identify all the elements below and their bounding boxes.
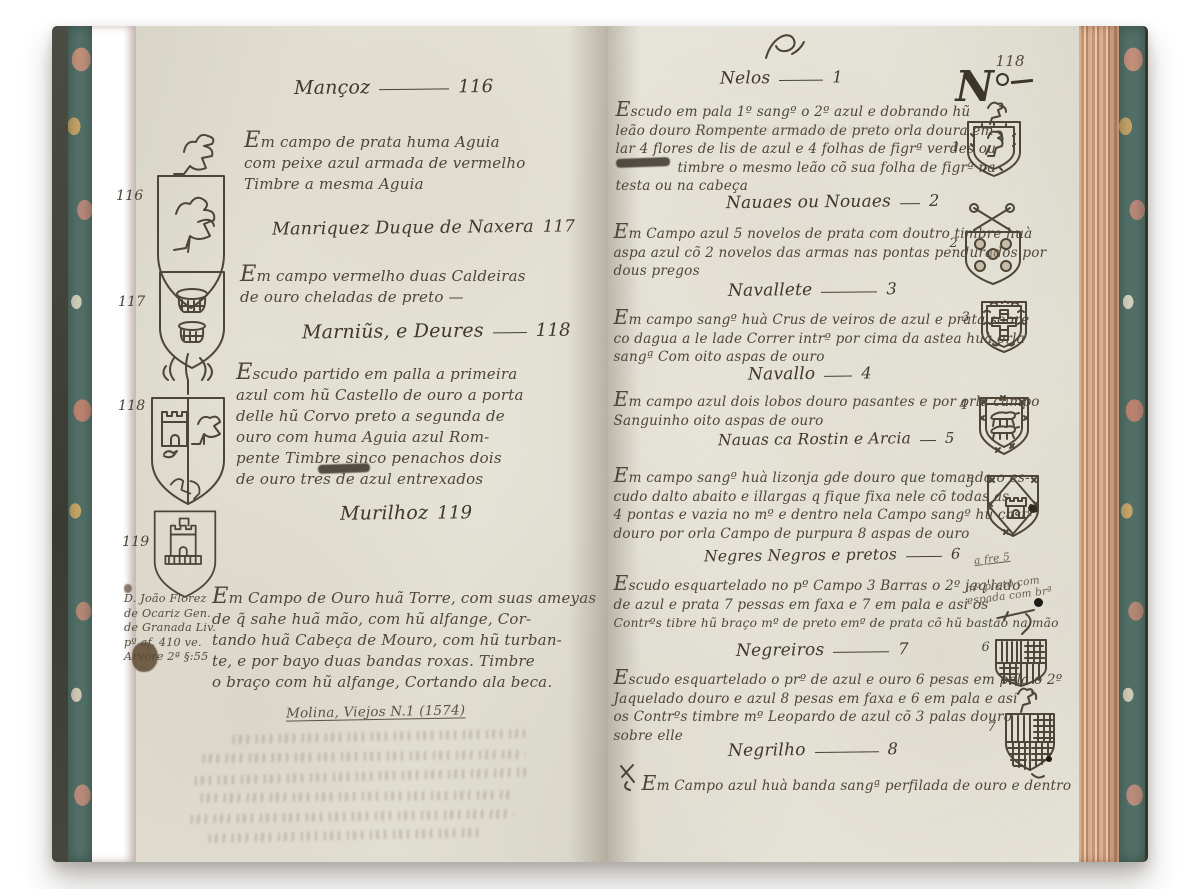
marbled-cover-right <box>1119 26 1148 862</box>
right-page-heading: Nelos 1 <box>719 67 842 88</box>
heading-flourish-dash <box>833 651 889 653</box>
heading-text: Marniũs, e Deures <box>302 320 484 344</box>
manuscript-line: co dagua a le lade Correr intrº por cima… <box>614 330 1030 349</box>
family-heading-119: Murilhoz 119 <box>340 501 472 524</box>
ink-strikethrough <box>615 157 669 168</box>
shield-number: 4 <box>960 398 968 413</box>
heading-text: Nauaes ou Nouaes <box>725 191 890 213</box>
ink-blot <box>132 642 158 672</box>
shield-number: 117 <box>118 294 145 310</box>
heading-text: Nauas ca Rostin e Arcia <box>717 429 910 449</box>
manuscript-line: com peixe azul armada de vermelho <box>244 153 525 174</box>
heading-text: Murilhoz <box>340 502 428 525</box>
heading-number: 7 <box>898 639 909 658</box>
blazon-text-118: Escudo partido em palla a primeira azul … <box>236 362 524 490</box>
shield-drawing-6-quartered-arm <box>990 602 1052 688</box>
heading-number: 119 <box>437 502 472 523</box>
manuscript-line: Em Campo de Ouro huã Torre, com suas ame… <box>212 586 596 609</box>
manuscript-line: Escudo em pala 1º sangº o 2º azul e dobr… <box>616 100 997 122</box>
manuscript-line: de q̃ sahe huã mão, com hũ alfange, Cor- <box>212 609 596 630</box>
left-page-heading: Mançoz 116 <box>294 75 494 99</box>
ink-flourish <box>758 30 808 64</box>
show-through-text <box>194 790 514 802</box>
shield-number: 2 <box>950 236 958 251</box>
book-cover-edge-left <box>52 26 68 862</box>
manuscript-line: pente Timbre sinco penachos dois <box>236 448 524 469</box>
heading-flourish-dash <box>824 375 852 376</box>
margin-note-shield5: a fre 5 <box>973 551 1010 567</box>
shield-drawing-1-lion <box>960 96 1028 180</box>
heading-flourish-dash <box>493 332 527 333</box>
shield-number: 1 <box>952 140 960 155</box>
blazon-text-1: Escudo em pala 1º sangº o 2º azul e dobr… <box>616 100 997 196</box>
index-letter-flourish <box>1011 79 1033 84</box>
margin-note-line: de Granada Liv. <box>124 621 216 636</box>
shield-drawing-5-lozenge-castle <box>980 468 1046 542</box>
manuscript-book: Mançoz 116 Em campo de prata huma Aguia … <box>52 26 1148 862</box>
manuscript-line: azul com hũ Castello de ouro a porta <box>236 385 524 406</box>
manuscript-line: de ouro tres de azul entrexados <box>236 469 524 490</box>
ink-blot <box>124 584 132 593</box>
shield-drawing-7-checky <box>998 682 1060 782</box>
shield-number: 119 <box>122 534 149 550</box>
shield-number: 3 <box>962 310 970 325</box>
manuscript-line: Timbre a mesma Aguia <box>244 174 525 195</box>
shield-number: 6 <box>982 640 990 655</box>
ink-spot <box>1046 756 1052 762</box>
right-page: 118 N Nelos 1 Escudo em pala 1º sangº o … <box>608 26 1080 862</box>
family-heading-118: Marniũs, e Deures 118 <box>302 319 571 344</box>
manuscript-line: timbre o mesmo leão cõ sua folha de figr… <box>616 159 997 178</box>
heading-flourish-dash <box>814 751 878 753</box>
blazon-text-117: Em campo vermelho duas Caldeiras de ouro… <box>240 264 526 308</box>
show-through-text <box>196 750 526 764</box>
shield-drawing-4-wolves <box>974 392 1034 458</box>
manuscript-line: Em campo de prata huma Aguia <box>244 130 525 153</box>
heading-text: Negrilho <box>727 740 805 761</box>
heading-text: Navallo <box>747 364 814 385</box>
manuscript-line: douro por orla Campo de purpura 8 aspas … <box>614 525 1034 544</box>
heading-number: 118 <box>536 320 571 341</box>
heading-number: 6 <box>950 546 960 563</box>
family-heading-8: Negrilho 8 <box>727 739 897 761</box>
marbled-cover-left <box>68 26 92 862</box>
show-through-text <box>202 828 482 843</box>
shield-number: 118 <box>118 398 145 414</box>
heading-number: 8 <box>887 739 898 758</box>
manuscript-line: ouro com huma Aguia azul Rom- <box>236 427 524 448</box>
family-heading-6: Negres Negros e pretos 6 <box>703 545 960 566</box>
heading-flourish-dash <box>920 439 936 440</box>
heading-number: 3 <box>886 279 897 298</box>
heading-number: 5 <box>944 430 954 447</box>
manuscript-line: Em campo vermelho duas Caldeiras <box>240 264 526 287</box>
margin-note-line: de Ocariz Gen. <box>124 607 216 622</box>
manuscript-line: o braço com hũ alfange, Cortando ala bec… <box>212 672 596 693</box>
margin-cross-mark <box>618 762 638 792</box>
heading-number: 117 <box>543 216 576 235</box>
show-through-text <box>226 729 526 744</box>
shield-number: 7 <box>988 720 996 735</box>
family-heading-2: Nauaes ou Nouaes 2 <box>725 191 939 213</box>
shield-number: 116 <box>116 188 143 204</box>
heading-flourish-dash <box>900 203 920 204</box>
show-through-text <box>188 768 528 786</box>
heading-flourish-dash <box>379 88 449 90</box>
page-fore-edges-right <box>1079 26 1119 862</box>
heading-flourish-dash <box>779 79 823 80</box>
family-heading-5: Nauas ca Rostin e Arcia 5 <box>717 429 954 449</box>
heading-number: 2 <box>928 191 939 210</box>
family-heading-3: Navallete 3 <box>727 279 896 301</box>
index-letter-flourish <box>996 73 1009 86</box>
family-heading-117: Manriquez Duque de Naxera 117 <box>272 216 575 239</box>
blazon-text-116: Em campo de prata huma Aguia com peixe a… <box>244 130 525 195</box>
ink-strikethrough <box>318 463 370 474</box>
page-fore-edges-left <box>92 26 136 862</box>
blazon-text-119: Em Campo de Ouro huã Torre, com suas ame… <box>212 586 596 693</box>
shield-drawing-2-roundels <box>958 196 1028 288</box>
heading-flourish-dash <box>821 291 877 293</box>
family-heading-7: Negreiros 7 <box>735 639 908 661</box>
manuscript-line: delle hũ Corvo preto a segunda de <box>236 406 524 427</box>
heading-number: 116 <box>458 76 493 97</box>
manuscript-line: tando huã Cabeça de Mouro, com hũ turban… <box>212 630 596 651</box>
heading-text: Negres Negros e pretos <box>703 545 896 565</box>
shield-number: 5 <box>966 476 974 491</box>
heading-text: Negreiros <box>735 640 824 661</box>
manuscript-line: de ouro cheladas de preto — <box>240 287 526 308</box>
manuscript-line: lar 4 flores de lis de azul e 4 folhas d… <box>616 140 997 159</box>
heading-text: Mançoz <box>294 76 371 99</box>
show-through-text <box>184 809 514 824</box>
family-heading-4: Navallo 4 <box>747 363 871 384</box>
shield-drawing-3-cross <box>976 296 1032 356</box>
heading-number: 1 <box>832 67 843 86</box>
heading-number: 4 <box>861 363 872 382</box>
heading-flourish-dash <box>905 555 941 556</box>
left-page: Mançoz 116 Em campo de prata huma Aguia … <box>136 26 608 862</box>
ink-spot <box>1034 598 1043 607</box>
heading-text: Manriquez Duque de Naxera <box>272 217 534 240</box>
heading-text: Nelos <box>719 68 770 89</box>
footer-citation: Molina, Viejos N.1 (1574) <box>286 702 466 721</box>
manuscript-line: Jaquelado douro e azul 8 pesas em faxa e… <box>614 690 1063 709</box>
manuscript-line: te, e por bayo duas bandas roxas. Timbre <box>212 651 596 672</box>
manuscript-line: Escudo partido em palla a primeira <box>236 362 524 385</box>
manuscript-line: 4 pontas e vazia no mº e dentro nela Cam… <box>614 506 1034 525</box>
heading-text: Navallete <box>727 280 812 301</box>
shield-drawing-119-tower <box>144 472 226 606</box>
